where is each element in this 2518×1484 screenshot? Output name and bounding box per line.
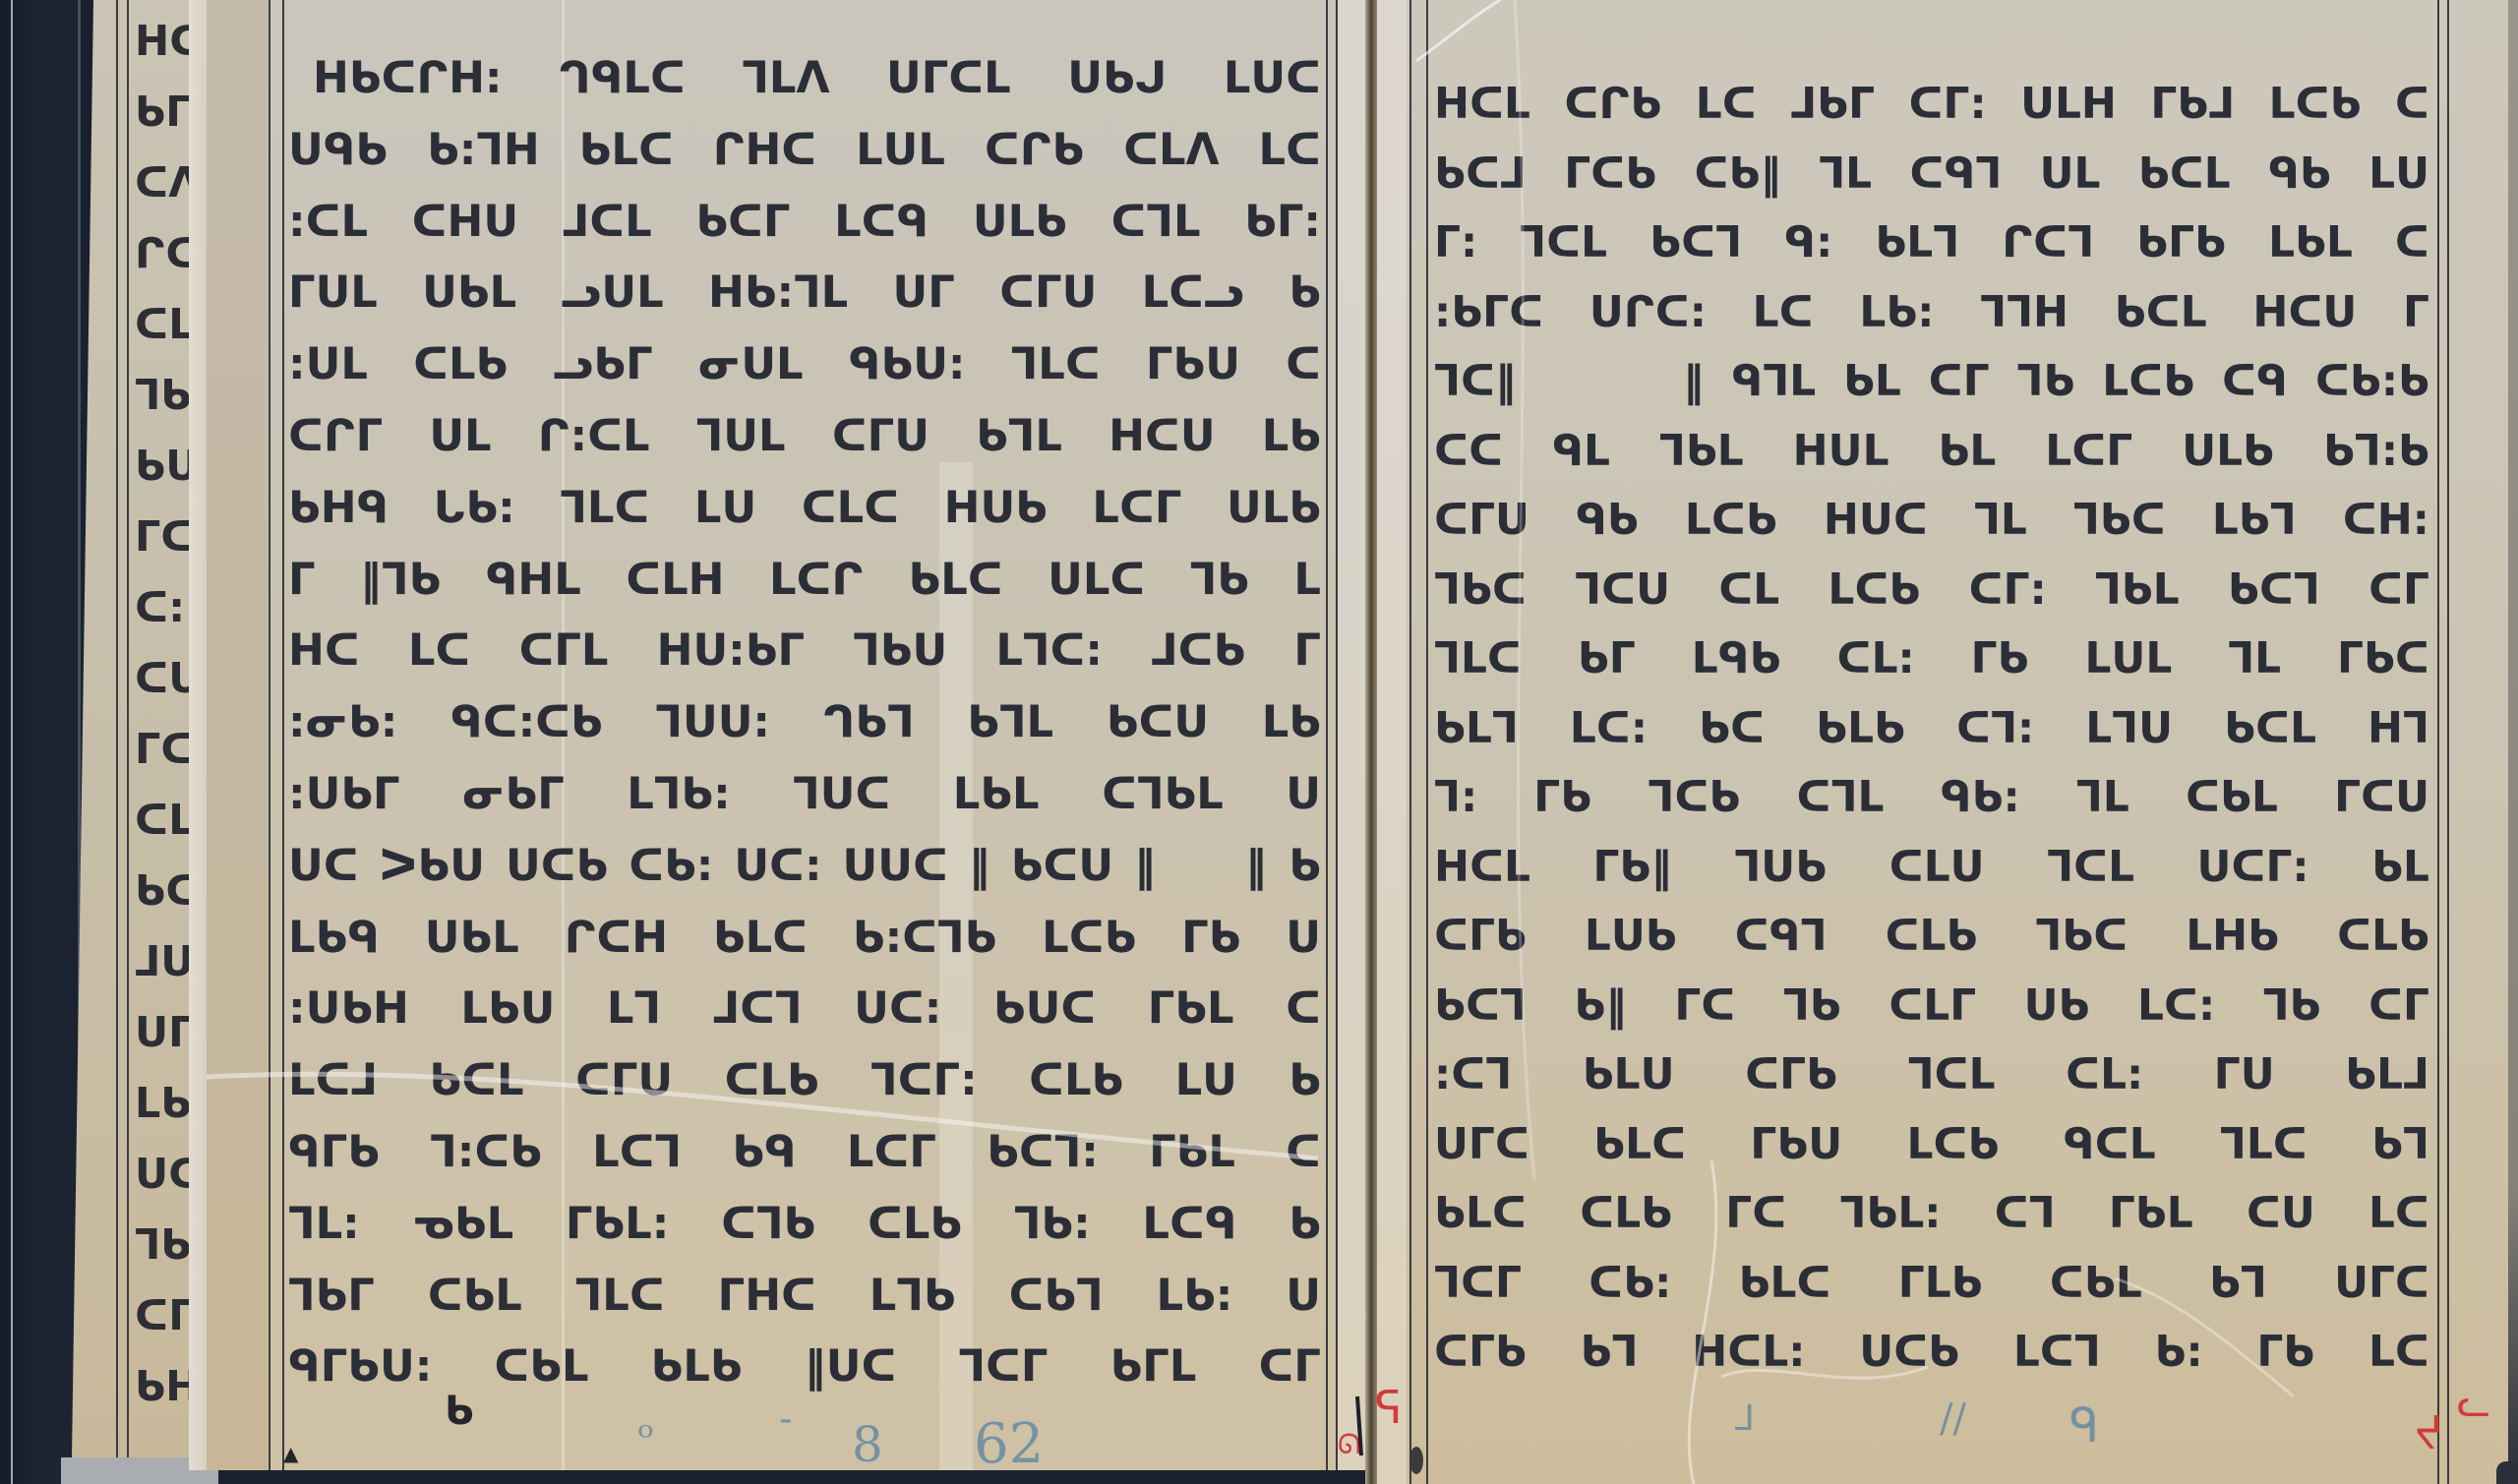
left-page-border-inner-right (1326, 0, 1328, 1470)
manuscript-line-head: ᒣᑕ‖ (1434, 347, 1572, 417)
manuscript-line: ᑲᑕᒧ ᒥᑕᑲ ᑕᑲ‖ ᒣᒪ ᑕᑫᒣ ᑌᒪ ᑲᑕᒪ ᑫᑲ ᒪᑌ (1434, 140, 2429, 209)
manuscript-line: ᒣᒪ: ᓀᑲᒪ ᒥᑲᒪ: ᑕᒣᑲ ᑕᒪᑲ ᒣᑲ: ᒪᑕᑫ ᑲ (288, 1189, 1321, 1261)
manuscript-line: ᒪᑲᑫ ᑌᑲᒪ ᒋᑕᕼ ᑲᒪᑕ ᑲ:ᑕᒣᑲ ᒪᑕᑲ ᒥᑲ ᑌ (288, 903, 1321, 975)
blue-pencil-mark: ᒧ (1733, 1398, 1755, 1439)
manuscript-line: :ᑌᒪ ᑕᒪᑲ ᓗᑲᒥ ᓂᑌᒪ ᑫᑲᑌ: ᒣᒪᑕ ᒥᑲᑌ ᑕ (288, 329, 1321, 401)
right-page-left-margin (1377, 0, 1407, 1484)
blue-pencil-mark: ᵒ (637, 1412, 654, 1462)
below-line-mark: ᑲ (445, 1389, 474, 1434)
underlying-page-border-inner (127, 0, 129, 1457)
manuscript-line-tail: ‖ ᑲ (1245, 831, 1321, 903)
manuscript-line: ᒣᒪᑕ ᑲᒥ ᒪᑫᑲ ᑕᒪ: ᒥᑲ ᒪᑌᒪ ᒣᒪ ᒥᑲᑕ (1434, 624, 2429, 694)
corner-ink-mark: ▲ (283, 1442, 298, 1465)
manuscript-line-with-gap: ᑌᑕ ᐳᑲᑌ ᑌᑕᑲ ᑕᑲ: ᑌᑕ: ᑌᑌᑕ ‖ ᑲᑕᑌ ‖ ‖ ᑲ (288, 831, 1321, 903)
manuscript-line: ᒣᑲᑕ ᒣᑕᑌ ᑕᒪ ᒪᑕᑲ ᑕᒥ: ᒣᑲᒪ ᑲᑕᒣ ᑕᒥ (1434, 556, 2429, 625)
manuscript-line: ᑫᒥᑲ ᒣ:ᑕᑲ ᒪᑕᒣ ᑲᑫ ᒪᑕᒥ ᑲᑕᒣ: ᒥᑲᒪ ᑕ (288, 1117, 1321, 1189)
manuscript-line-main: ‖ ᑫᒣᒪ ᑲᒪ ᑕᒥ ᒣᑲ ᒪᑕᑲ ᑕᑫ ᑕᑲ:ᑲ (1683, 347, 2429, 417)
bottom-right-shadow (2496, 1461, 2518, 1484)
manuscript-line: :ᑌᑲᕼ ᒪᑲᑌ ᒪᒣ ᒧᑕᒣ ᑌᑕ: ᑲᑌᑕ ᒥᑲᒪ ᑕ (288, 974, 1321, 1045)
underlying-page-border-outer (116, 0, 118, 1457)
binding-stitch-line (11, 0, 13, 1484)
manuscript-line: :ᑲᒥᑕ ᑌᒋᑕ: ᒪᑕ ᒪᑲ: ᒣᒣᕼ ᑲᑕᒪ ᕼᑕᑌ ᒥ (1434, 278, 2429, 348)
manuscript-line-main: ᑌᑕ ᐳᑲᑌ ᑌᑕᑲ ᑕᑲ: ᑌᑕ: ᑌᑌᑕ ‖ ᑲᑕᑌ ‖ (288, 831, 1156, 903)
red-ink-mark: ᔪ (2415, 1406, 2443, 1459)
manuscript-line: ᑕᒥᑲ ᒪᑌᑲ ᑕᑫᒣ ᑕᒪᑲ ᒣᑲᑕ ᒪᕼᑲ ᑕᒪᑲ (1434, 902, 2429, 972)
left-page-border-inner-left (282, 0, 284, 1470)
left-page-right-margin (1338, 0, 1367, 1470)
right-page-border-inner-left (1426, 0, 1428, 1484)
manuscript-line: ᕼᑕ ᒪᑕ ᑕᒥᒪ ᕼᑌ:ᑲᒥ ᒣᑲᑌ ᒪᒣᑕ: ᒧᑕᑲ ᒥ (288, 616, 1321, 687)
manuscript-line-with-gap: ᒣᑕ‖ ‖ ᑫᒣᒪ ᑲᒪ ᑕᒥ ᒣᑲ ᒪᑕᑲ ᑕᑫ ᑕᑲ:ᑲ (1434, 347, 2429, 417)
manuscript-line: ᕼᑲᑕᒋᕼ: ᒉᑫᒪᑕ ᒣᒪᐱ ᑌᒥᑕᒪ ᑌᑲᒍ ᒪᑌᑕ (313, 43, 1321, 115)
manuscript-line: ᑲᒪᑕ ᑕᒪᑲ ᒥᑕ ᒣᑲᒪ: ᑕᒣ ᒥᑲᒪ ᑕᑌ ᒪᑕ (1434, 1179, 2429, 1249)
manuscript-line: ᑕᒋᒥ ᑌᒪ ᒋ:ᑕᒪ ᒣᑌᒪ ᑕᒥᑌ ᑲᒣᒪ ᕼᑕᑌ ᒪᑲ (288, 401, 1321, 473)
manuscript-line: ᒣᑕᒥ ᑕᑲ: ᑲᒪᑕ ᒥᒪᑲ ᑕᑲᒪ ᑲᒣ ᑌᒥᑕ (1434, 1249, 2429, 1319)
left-page-border-outer-left (269, 0, 270, 1470)
red-ink-mark: ᓚ (2457, 1381, 2490, 1426)
manuscript-line: ᒥ ‖ᒣᑲ ᑫᕼᒪ ᑕᒪᕼ ᒪᑕᒋ ᑲᒪᑕ ᑌᒪᑕ ᒣᑲ ᒪ (288, 545, 1321, 617)
manuscript-line: ᒥᑌᒪ ᑌᑲᒪ ᓗᑌᒪ ᕼᑲ:ᒣᒪ ᑌᒥ ᑕᒥᑌ ᒪᑕᓗ ᑲ (288, 258, 1321, 329)
blue-pencil-mark: // (1940, 1396, 1966, 1442)
manuscript-line: ᑌᒥᑕ ᑲᒪᑕ ᒥᑲᑌ ᒪᑕᑲ ᑫᑕᒪ ᒣᒪᑕ ᑲᒣ (1434, 1110, 2429, 1180)
manuscript-line: :ᑌᑲᒥ ᓂᑲᒥ ᒪᒣᑲ: ᒣᑌᑕ ᒪᑲᒪ ᑕᒣᑲᒪ ᑌ (288, 759, 1321, 831)
manuscript-line: ᕼᑕᒪ ᒥᑲ‖ ᒣᑌᑲ ᑕᒪᑌ ᒣᑕᒪ ᑌᑕᒥ: ᑲᒪ (1434, 833, 2429, 903)
blue-pencil-mark: ᑫ (2069, 1398, 2099, 1454)
right-page-border-outer-left (1409, 0, 1411, 1484)
left-page-border-outer-right (1336, 0, 1338, 1470)
manuscript-line: ᑲᒪᒣ ᒪᑕ: ᑲᑕ ᑲᒪᑲ ᑕᒣ: ᒪᒣᑌ ᑲᑕᒪ ᕼᒣ (1434, 694, 2429, 764)
right-page-border-outer-right (2447, 0, 2449, 1484)
next-page-edge (2508, 0, 2518, 1484)
left-page-text: ᕼᑲᑕᒋᕼ: ᒉᑫᒪᑕ ᒣᒪᐱ ᑌᒥᑕᒪ ᑌᑲᒍ ᒪᑌᑕ ᑌᑫᑲ ᑲ:ᒣᕼ ᑲᒪ… (288, 43, 1321, 1403)
manuscript-line: ᒪᑕᒧ ᑲᑕᒪ ᑕᒥᑌ ᑕᒪᑲ ᒣᑕᒥ: ᑕᒪᑲ ᒪᑌ ᑲ (288, 1045, 1321, 1117)
blue-pencil-mark: 8 (852, 1416, 883, 1473)
manuscript-line: ᑕᒥᑲ ᑲᒣ ᕼᑕᒪ: ᑌᑕᑲ ᒪᑕᒣ ᑲ: ᒥᑲ ᒪᑕ (1434, 1318, 2429, 1388)
manuscript-line: ᑕᑕ ᑫᒪ ᒣᑲᒪ ᕼᑌᒪ ᑲᒪ ᒪᑕᒥ ᑌᒪᑲ ᑲᒣ:ᑲ (1434, 417, 2429, 487)
manuscript-line: :ᑕᒣ ᑲᒪᑌ ᑕᒥᑲ ᒣᑕᒪ ᑕᒪ: ᒥᑌ ᑲᒪᒧ (1434, 1040, 2429, 1110)
manuscript-line: ᑌᑫᑲ ᑲ:ᒣᕼ ᑲᒪᑕ ᒋᕼᑕ ᒪᑌᒪ ᑕᒋᑲ ᑕᒪᐱ ᒪᑕ (288, 115, 1321, 187)
blue-pencil-mark: - (779, 1396, 793, 1442)
right-page-text: ᕼᑕᒪ ᑕᒋᑲ ᒪᑕ ᒧᑲᒥ ᑕᒥ: ᑌᒪᕼ ᒥᑲᒧ ᒪᑕᑲ ᑕ ᑲᑕᒧ ᒥᑕᑲ… (1434, 70, 2429, 1388)
manuscript-line: :ᓂᑲ: ᑫᑕ:ᑕᑲ ᒣᑌᑌ: ᒉᑲᒣ ᑲᒣᒪ ᑲᑕᑌ ᒪᑲ (288, 687, 1321, 759)
manuscript-line: ᕼᑕᒪ ᑕᒋᑲ ᒪᑕ ᒧᑲᒥ ᑕᒥ: ᑌᒪᕼ ᒥᑲᒧ ᒪᑕᑲ ᑕ (1434, 70, 2429, 140)
left-page-margin (207, 0, 268, 1470)
manuscript-line: ᒣᑲᒥ ᑕᑲᒪ ᒣᒪᑕ ᒥᕼᑕ ᒪᒣᑲ ᑕᑲᒣ ᒪᑲ: ᑌ (288, 1261, 1321, 1333)
manuscript-line: ᑲᑕᒣ ᑲ‖ ᒥᑕ ᒣᑲ ᑕᒪᒥ ᑌᑲ ᒪᑕ: ᒣᑲ ᑕᒥ (1434, 972, 2429, 1041)
manuscript-line: ᑲᕼᑫ ᒐᑲ: ᒣᒪᑕ ᒪᑌ ᑕᒪᑕ ᕼᑌᑲ ᒪᑕᒥ ᑌᒪᑲ (288, 473, 1321, 545)
left-page-edge (189, 0, 209, 1470)
manuscript-line: ᑫᒥᑲᑌ: ᑕᑲᒪ ᑲᒪᑲ ‖ᑌᑕ ᒣᑕᒥ ᑲᒥᒪ ᑕᒥ (288, 1332, 1321, 1403)
blue-pencil-mark: 62 (974, 1412, 1044, 1476)
red-ink-mark: ᘏ (1338, 1428, 1360, 1461)
manuscript-line: :ᑕᒪ ᑕᕼᑌ ᒧᑕᒪ ᑲᑕᒥ ᒪᑕᑫ ᑌᒪᑲ ᑕᒣᒪ ᑲᒥ: (288, 187, 1321, 259)
manuscript-line: ᒥ: ᒣᑕᒪ ᑲᑕᒣ ᑫ: ᑲᒪᒣ ᒋᑕᒣ ᑲᒥᑲ ᒪᑲᒪ ᑕ (1434, 208, 2429, 278)
book-gutter (1365, 0, 1377, 1484)
manuscript-line: ᑕᒥᑌ ᑫᑲ ᒪᑕᑲ ᕼᑌᑕ ᒣᒪ ᒣᑲᑕ ᒪᑲᒣ ᑕᕼ: (1434, 486, 2429, 556)
red-ink-mark: ᕋ (1375, 1381, 1403, 1434)
manuscript-line: ᒣ: ᒥᑲ ᒣᑕᑲ ᑕᒣᒪ ᑫᑲ: ᒣᒪ ᑕᑲᒪ ᒥᑕᑌ (1434, 763, 2429, 833)
right-page-border-inner-right (2437, 0, 2439, 1484)
